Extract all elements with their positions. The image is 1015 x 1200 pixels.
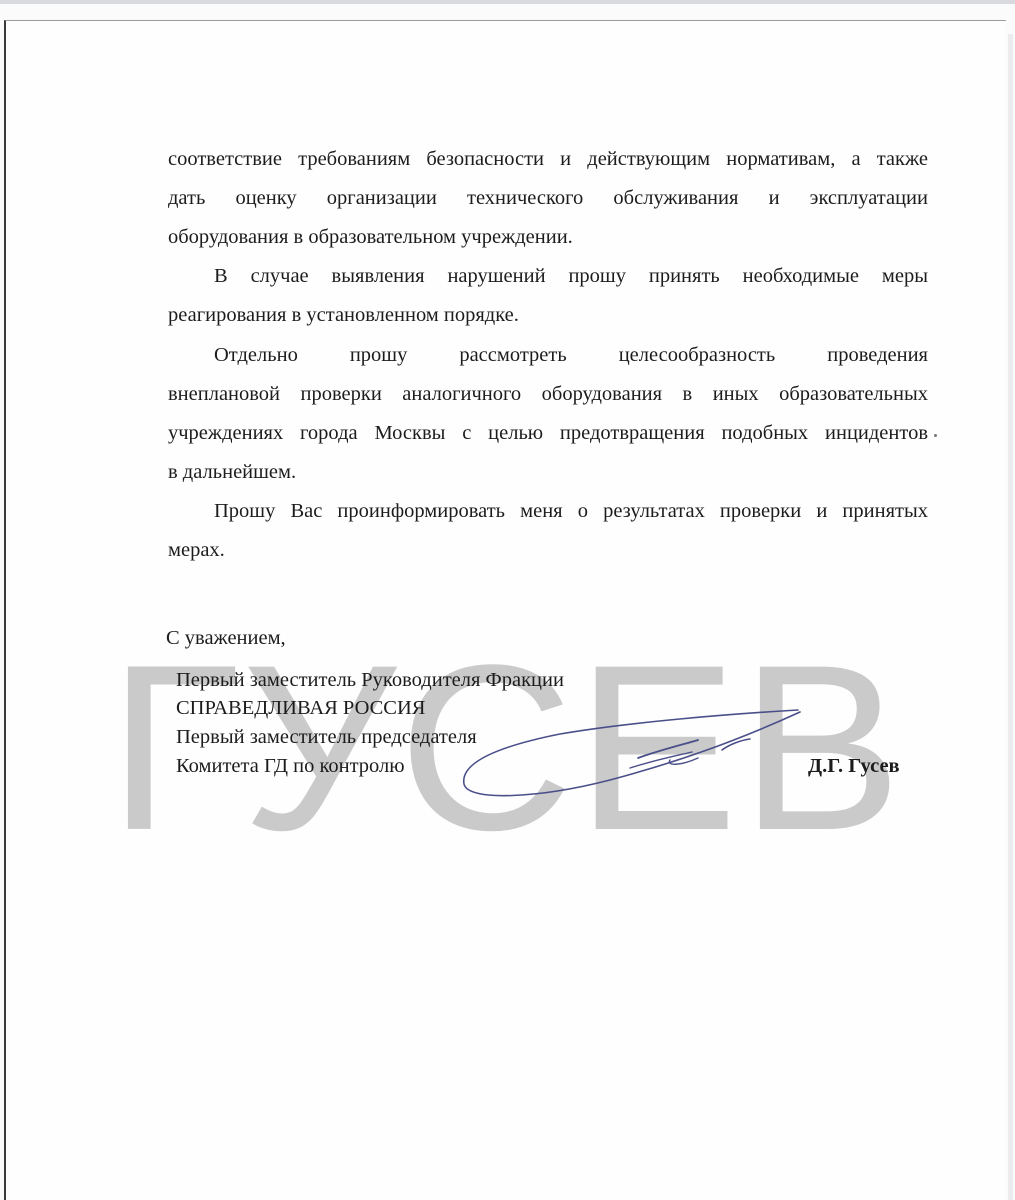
- scan-right-edge: [1008, 34, 1013, 1200]
- document-scan: ГУСЕВ соответствие требованиям безопасно…: [0, 0, 1015, 1200]
- signatory-title-line-1: Первый заместитель Руководителя Фракции: [176, 670, 564, 691]
- paragraph-4-line-1: Прошу Вас проинформировать меня о резуль…: [214, 501, 928, 522]
- paragraph-3-line-4: в дальнейшем.: [168, 462, 296, 483]
- paragraph-1-line-1: соответствие требованиям безопасности и …: [168, 149, 928, 170]
- paragraph-1-line-3: оборудования в образовательном учреждени…: [168, 227, 573, 248]
- scan-speck: [934, 434, 937, 437]
- scan-top-edge: [0, 0, 1015, 4]
- paragraph-4-line-2: мерах.: [168, 540, 225, 561]
- paragraph-3-line-1: Отдельно прошу рассмотреть целесообразно…: [214, 345, 928, 366]
- signatory-title-line-2: СПРАВЕДЛИВАЯ РОССИЯ: [176, 698, 425, 719]
- paragraph-2-line-1: В случае выявления нарушений прошу приня…: [214, 266, 928, 287]
- paragraph-3-line-3: учреждениях города Москвы с целью предот…: [168, 423, 928, 444]
- signatory-title-line-4: Комитета ГД по контролю: [176, 756, 405, 777]
- handwritten-signature: [430, 700, 830, 810]
- paragraph-2-line-2: реагирования в установленном порядке.: [168, 305, 519, 326]
- paragraph-3-line-2: внеплановой проверки аналогичного оборуд…: [168, 384, 928, 405]
- paragraph-1-line-2: дать оценку организации технического обс…: [168, 188, 928, 209]
- closing-salutation: С уважением,: [166, 628, 286, 649]
